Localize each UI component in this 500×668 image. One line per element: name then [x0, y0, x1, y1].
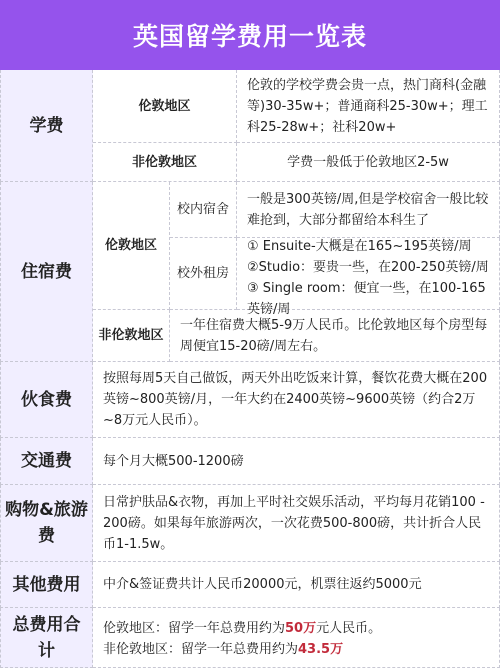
- tuition-non-london-text: 学费一般低于伦敦地区2-5w: [237, 143, 500, 182]
- total-non-london-amount: 43.5万: [298, 642, 343, 655]
- accommodation-non-london-text: 一年住宿费大概5-9万人民币。比伦敦地区每个房型每周便宜15-20磅/周左右。: [170, 310, 500, 362]
- tuition-london-label: 伦敦地区: [93, 70, 237, 143]
- category-total: 总费用合计: [0, 608, 93, 655]
- total-london-amount: 50万: [285, 621, 316, 636]
- accommodation-non-london-label: 非伦敦地区: [93, 310, 170, 362]
- tuition-non-london-label: 非伦敦地区: [93, 143, 237, 182]
- total-london-line: 伦敦地区：留学一年总费用约为50万元人民币。: [103, 618, 489, 639]
- food-text: 按照每周5天自己做饭，两天外出吃饭来计算，餐饮花费大概在200英镑~800英镑/…: [93, 362, 500, 438]
- category-accommodation: 住宿费: [0, 182, 93, 362]
- tuition-london-text: 伦敦的学校学费会贵一点，热门商科(金融等)30-35w+；普通商科25-30w+…: [237, 70, 500, 143]
- off-campus-text: ① Ensuite-大概是在165~195英镑/周 ②Studio：要贵一些，在…: [237, 238, 500, 310]
- page-title: 英国留学费用一览表: [0, 0, 500, 70]
- category-other: 其他费用: [0, 562, 93, 608]
- transport-text: 每个月大概500-1200磅: [93, 438, 500, 485]
- accommodation-london-label: 伦敦地区: [93, 182, 170, 310]
- shopping-text: 日常护肤品&衣物，再加上平时社交娱乐活动，平均每月花销100 - 200磅。如果…: [93, 485, 500, 562]
- category-shopping: 购物&旅游费: [0, 485, 93, 562]
- category-tuition: 学费: [0, 70, 93, 182]
- total-text: 伦敦地区：留学一年总费用约为50万元人民币。 非伦敦地区：留学一年总费用约为43…: [93, 608, 500, 655]
- other-text: 中介&签证费共计人民币20000元，机票往返约5000元: [93, 562, 500, 608]
- on-campus-text: 一般是300英镑/周,但是学校宿舍一般比较难抢到，大部分都留给本科生了: [237, 182, 500, 238]
- category-transport: 交通费: [0, 438, 93, 485]
- on-campus-label: 校内宿舍: [170, 182, 237, 238]
- category-food: 伙食费: [0, 362, 93, 438]
- off-campus-label: 校外租房: [170, 238, 237, 310]
- total-non-london-line: 非伦敦地区：留学一年总费用约为43.5万: [103, 639, 489, 655]
